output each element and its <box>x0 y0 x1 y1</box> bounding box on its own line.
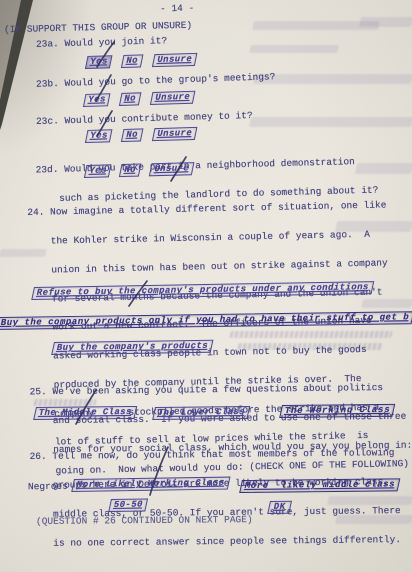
question-23c-options: Yes No Unsure <box>86 127 196 143</box>
option-stamp-dk: DK <box>267 501 291 514</box>
option-stamp-no: No <box>121 128 143 142</box>
question-26-line: is no one correct answer since people se… <box>30 535 401 548</box>
page-number: - 14 - <box>160 4 194 14</box>
option-stamp-middle-class: The Middle Class <box>33 406 137 420</box>
option-stamp-yes: Yes <box>83 93 111 107</box>
option-stamp-no: No <box>121 54 143 68</box>
condition-note: (IF SUPPORT THIS GROUP OR UNSURE) <box>4 21 192 35</box>
option-stamp-working-class: The Working Class <box>279 404 396 418</box>
option-stamp-unsure: Unsure <box>150 91 195 105</box>
question-25-line: 25. We've been asking you quite a few qu… <box>30 383 412 397</box>
option-stamp-buy-products: Buy the company's products <box>51 340 213 355</box>
option-stamp-lower-class: The Lower Class <box>152 406 250 420</box>
option-stamp-no: No <box>119 164 141 178</box>
question-24-line: union in this town has been out on strik… <box>28 258 404 275</box>
question-24-line: 24. Now imagine a totally different sort… <box>27 200 403 217</box>
option-stamp-more-likely-middle-class: More likely middle class <box>239 478 400 493</box>
option-stamp-50-50: 50-50 <box>108 498 148 512</box>
question-23b-options: Yes No Unsure <box>84 91 194 107</box>
option-stamp-no: No <box>119 92 141 106</box>
bleed-through-mark <box>253 74 412 84</box>
option-stamp-yes: Yes <box>85 55 113 69</box>
scanned-questionnaire-page: - 14 - (IF SUPPORT THIS GROUP OR UNSURE)… <box>0 0 412 572</box>
question-23a-options: Yes No Unsure <box>86 53 196 69</box>
question-26-line: 26. Tell me now, do you think that most … <box>30 448 401 461</box>
option-stamp-more-likely-working-class: More Likely Working Class <box>71 477 230 492</box>
bleed-through-mark <box>359 17 412 27</box>
option-stamp-yes: Yes <box>85 129 113 143</box>
question-26-text: 26. Tell me now, do you think that most … <box>29 429 401 567</box>
bleed-through-mark <box>249 117 412 127</box>
option-stamp-unsure: Unsure <box>152 53 197 67</box>
question-24-line: the Kohler strike in Wisconsin a couple … <box>28 229 404 246</box>
group-row-label: Negroes <box>28 482 68 492</box>
option-stamp-yes: Yes <box>84 164 112 178</box>
option-stamp-unsure: Unsure <box>152 127 197 141</box>
bleed-through-mark <box>249 45 339 53</box>
question-23a-text: 23a. Would you join it? <box>36 36 167 49</box>
continuation-note: (QUESTION # 26 CONTINUED ON NEXT PAGE) <box>36 515 253 526</box>
option-stamp-unsure: Unsure <box>149 162 194 176</box>
